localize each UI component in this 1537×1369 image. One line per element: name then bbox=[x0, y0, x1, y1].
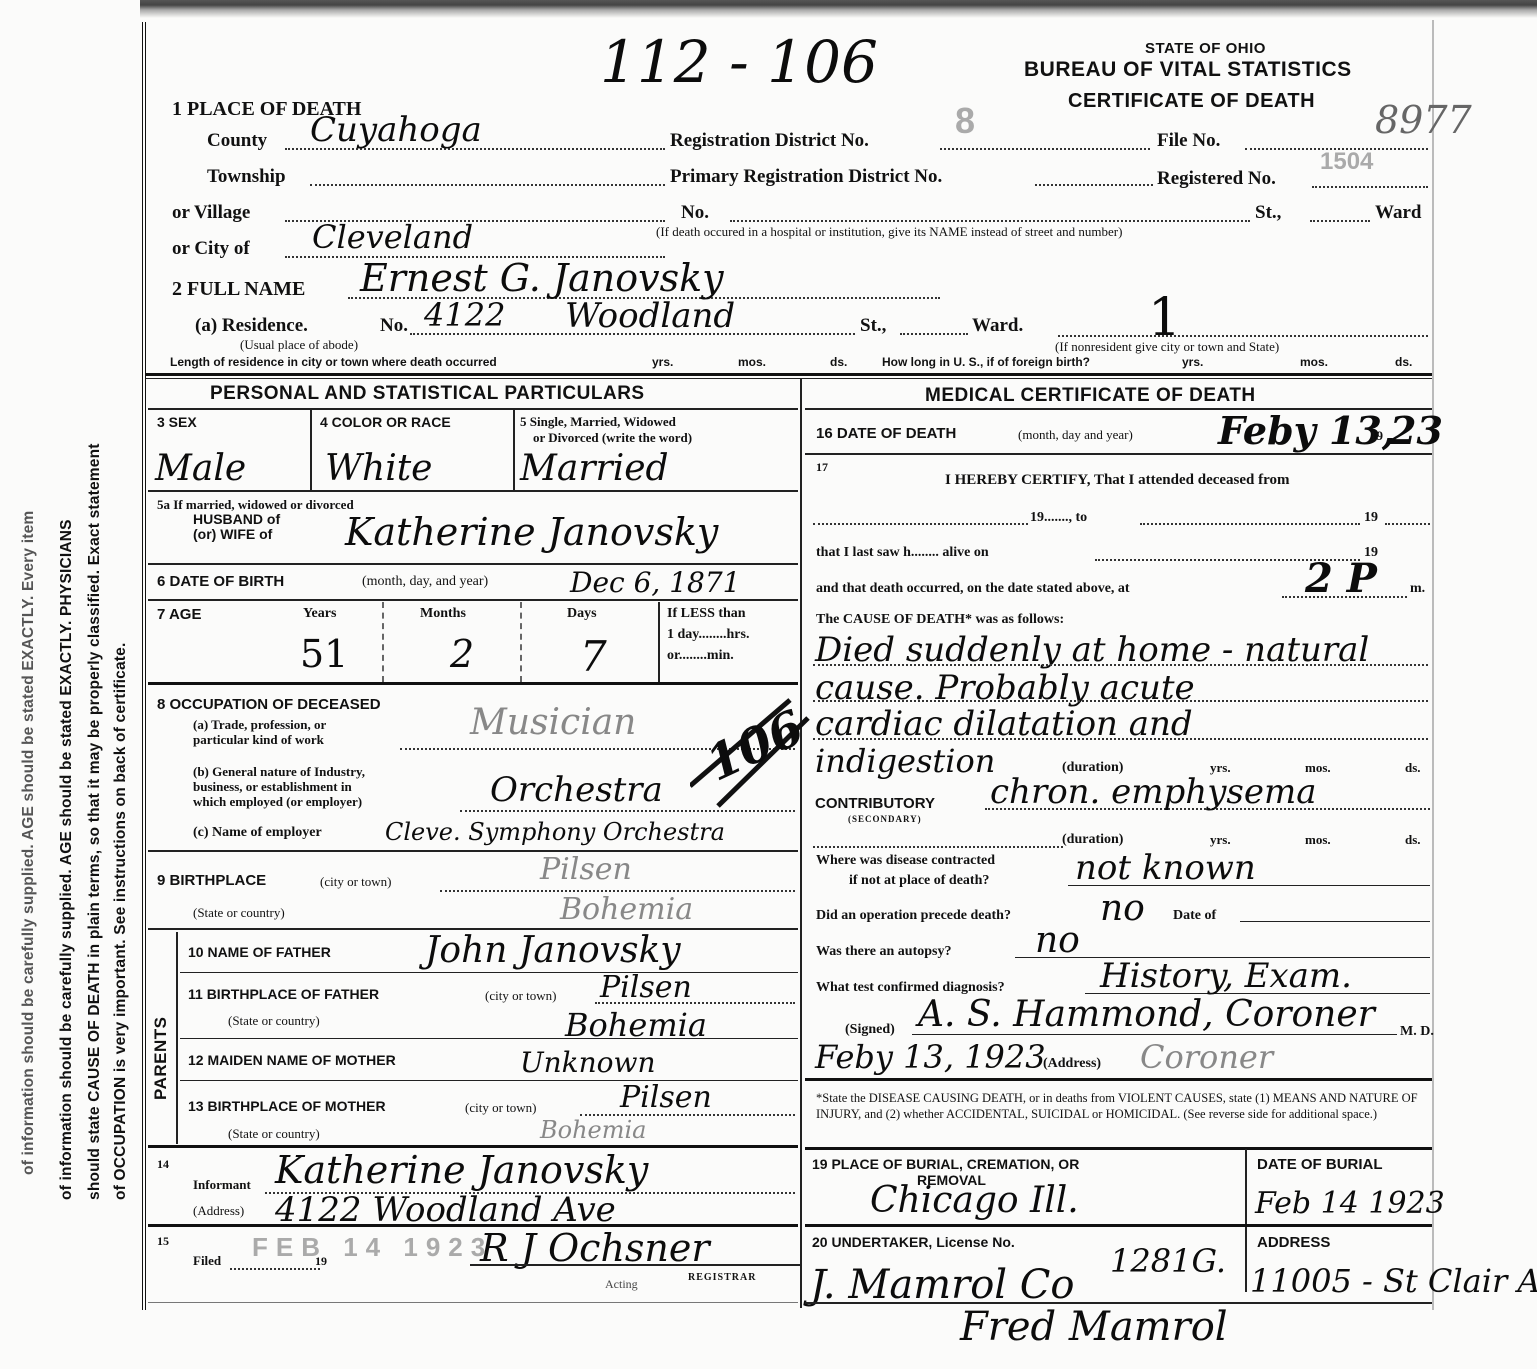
us-yrs: yrs. bbox=[1182, 355, 1203, 369]
spouse-label-3: (or) WIFE of bbox=[193, 526, 272, 542]
burial-date-value: Feb 14 1923 bbox=[1255, 1186, 1445, 1221]
city-label: or City of bbox=[172, 238, 250, 260]
contributory-duration-label: (duration) bbox=[1062, 832, 1123, 848]
divider bbox=[148, 850, 798, 852]
autopsy-value: no bbox=[1035, 920, 1080, 961]
divider bbox=[148, 563, 798, 565]
last-saw-text: that I last saw h........ alive on bbox=[816, 545, 989, 561]
divider bbox=[180, 1038, 798, 1039]
divider bbox=[148, 682, 798, 685]
birthplace-country-value: Bohemia bbox=[560, 892, 693, 927]
age-years-value: 51 bbox=[300, 632, 348, 676]
ward-line bbox=[1310, 220, 1370, 222]
occ-b-label-2: business, or establishment in bbox=[193, 779, 352, 795]
residence-label: (a) Residence. bbox=[195, 315, 308, 337]
township-label: Township bbox=[207, 166, 286, 188]
years-label: Years bbox=[303, 606, 336, 622]
village-label: or Village bbox=[172, 202, 250, 224]
county-value: Cuyahoga bbox=[310, 110, 482, 150]
length-ds: ds. bbox=[830, 355, 847, 369]
race-label: 4 COLOR OR RACE bbox=[320, 414, 451, 430]
informant-no: 14 bbox=[157, 1157, 169, 1172]
bureau-label: BUREAU OF VITAL STATISTICS bbox=[1024, 58, 1352, 82]
mother-birthplace-country-value: Bohemia bbox=[540, 1116, 647, 1144]
marital-value: Married bbox=[520, 448, 669, 489]
cause-rule bbox=[813, 664, 1428, 666]
from-to-text: 19......., to bbox=[1030, 510, 1087, 526]
ward-label: Ward bbox=[1375, 202, 1421, 224]
mother-birthplace-city-value: Pilsen bbox=[620, 1080, 712, 1115]
no-label: No. bbox=[681, 202, 709, 224]
license-no-value: 1281G. bbox=[1110, 1242, 1226, 1280]
to-year: 19 bbox=[1364, 510, 1378, 526]
file-no-value: 8977 bbox=[1375, 98, 1472, 142]
divider bbox=[148, 1302, 798, 1303]
registrar-subnote: Acting bbox=[605, 1277, 638, 1292]
file-annotation: 112 - 106 bbox=[600, 28, 878, 96]
operation-label: Did an operation precede death? bbox=[816, 908, 1011, 924]
marital-label-2: or Divorced (write the word) bbox=[533, 430, 692, 446]
st-label: St., bbox=[1255, 202, 1281, 224]
birthplace-hint: (city or town) bbox=[320, 874, 391, 890]
contributory-yrs: yrs. bbox=[1210, 832, 1231, 848]
residence-st-label: St., bbox=[860, 315, 886, 337]
less-than-3: or........min. bbox=[667, 648, 734, 664]
side-instructions: of information should be carefully suppl… bbox=[0, 20, 135, 1250]
parents-label: PARENTS bbox=[151, 1017, 171, 1100]
informant-label: Informant bbox=[193, 1177, 251, 1193]
residence-ward-label: Ward. bbox=[972, 315, 1023, 337]
occupation-c-value: Cleve. Symphony Orchestra bbox=[385, 818, 725, 846]
time-value: 2 P bbox=[1305, 555, 1377, 602]
undertaker-address-label: ADDRESS bbox=[1257, 1234, 1330, 1251]
undertaker-signature: Fred Mamrol bbox=[960, 1304, 1228, 1350]
contracted-label-1: Where was disease contracted bbox=[816, 853, 995, 869]
mother-birthplace-label: 13 BIRTHPLACE OF MOTHER bbox=[188, 1098, 386, 1114]
divider bbox=[805, 1147, 1432, 1150]
filed-line bbox=[230, 1268, 320, 1270]
informant-value: Katherine Janovsky bbox=[275, 1148, 648, 1192]
reg-district-line bbox=[940, 148, 1150, 150]
registered-no-stamp: 1504 bbox=[1320, 148, 1373, 176]
cause-label: The CAUSE OF DEATH* was as follows: bbox=[816, 612, 1064, 628]
mother-label: 12 MAIDEN NAME OF MOTHER bbox=[188, 1052, 396, 1068]
days-label: Days bbox=[567, 606, 597, 622]
primary-reg-label: Primary Registration District No. bbox=[670, 166, 942, 188]
dod-label: 16 DATE OF DEATH bbox=[816, 425, 956, 442]
occupation-label: 8 OCCUPATION OF DECEASED bbox=[157, 696, 381, 713]
father-value: John Janovsky bbox=[425, 930, 681, 971]
less-than-2: 1 day........hrs. bbox=[667, 627, 749, 643]
race-value: White bbox=[325, 448, 432, 489]
death-occurred-text: and that death occurred, on the date sta… bbox=[816, 581, 1130, 597]
personal-section-title: PERSONAL AND STATISTICAL PARTICULARS bbox=[210, 383, 645, 405]
full-name-label: 2 FULL NAME bbox=[172, 278, 305, 301]
contracted-label-2: if not at place of death? bbox=[849, 873, 989, 889]
father-label: 10 NAME OF FATHER bbox=[188, 944, 331, 960]
operation-value: no bbox=[1100, 888, 1145, 929]
county-label: County bbox=[207, 130, 267, 152]
father-state-country-label: (State or country) bbox=[228, 1013, 320, 1029]
side-instruction-line: should state CAUSE OF DEATH in plain ter… bbox=[86, 443, 104, 1200]
test-value: History, Exam. bbox=[1100, 956, 1352, 996]
side-instruction-line: of information should be carefully suppl… bbox=[58, 519, 76, 1200]
burial-date-label: DATE OF BURIAL bbox=[1257, 1156, 1383, 1173]
cell-divider bbox=[513, 410, 515, 490]
cell-divider bbox=[382, 602, 384, 682]
attended-to-line bbox=[1140, 523, 1360, 525]
residence-no-value: 4122 bbox=[424, 296, 505, 334]
file-no-line bbox=[1245, 148, 1428, 150]
father-birthplace-label: 11 BIRTHPLACE OF FATHER bbox=[188, 986, 379, 1002]
nonresident-note: (If nonresident give city or town and St… bbox=[1055, 339, 1279, 355]
dod-month-day-value: Feby 13, bbox=[1218, 408, 1395, 453]
cause-rule bbox=[813, 738, 1428, 740]
contributory-value: chron. emphysema bbox=[990, 772, 1317, 812]
burial-divider bbox=[1245, 1149, 1247, 1292]
scan-edge bbox=[140, 0, 1537, 18]
full-name-value: Ernest G. Janovsky bbox=[360, 256, 724, 300]
length-mos: mos. bbox=[738, 355, 766, 369]
divider bbox=[146, 373, 1432, 376]
registrar-line bbox=[470, 1264, 800, 1266]
occupation-b-value: Orchestra bbox=[490, 770, 663, 810]
occ-a-label-1: (a) Trade, profession, or bbox=[193, 717, 326, 733]
residence-ward-line bbox=[900, 333, 968, 335]
mother-state-country-label: (State or country) bbox=[228, 1126, 320, 1142]
side-instruction-line: of information should be carefully suppl… bbox=[20, 511, 38, 1175]
filed-year-prefix: 19 bbox=[315, 1254, 327, 1269]
nonresident-line bbox=[1058, 335, 1428, 337]
marital-label-1: 5 Single, Married, Widowed bbox=[520, 414, 676, 430]
filed-stamp: FEB 14 1923 bbox=[252, 1232, 493, 1263]
right-edge bbox=[1432, 20, 1434, 1310]
file-no-label: File No. bbox=[1157, 130, 1220, 152]
burial-label-1: 19 PLACE OF BURIAL, CREMATION, OR bbox=[812, 1156, 1079, 1172]
birthplace-city-value: Pilsen bbox=[540, 852, 632, 887]
state-country-label: (State or country) bbox=[193, 905, 285, 921]
length-residence-label: Length of residence in city or town wher… bbox=[170, 355, 497, 369]
occ-b-label-3: which employed (or employer) bbox=[193, 794, 362, 810]
occupation-a-value: Musician bbox=[470, 702, 636, 743]
age-label: 7 AGE bbox=[157, 606, 201, 623]
dob-value: Dec 6, 1871 bbox=[570, 566, 740, 599]
footnote: *State the DISEASE CAUSING DEATH, or in … bbox=[816, 1090, 1430, 1122]
filed-no: 15 bbox=[157, 1234, 169, 1249]
less-than-1: If LESS than bbox=[667, 606, 746, 622]
dod-year-prefix: 19 bbox=[1370, 428, 1383, 444]
signed-label: (Signed) bbox=[845, 1022, 895, 1038]
registrar-label: REGISTRAR bbox=[688, 1272, 756, 1283]
mother-city-hint: (city or town) bbox=[465, 1100, 536, 1116]
hospital-note: (If death occured in a hospital or insti… bbox=[656, 224, 1122, 240]
city-value: Cleveland bbox=[312, 218, 473, 256]
signed-value: A. S. Hammond, Coroner bbox=[918, 994, 1375, 1035]
column-divider bbox=[800, 378, 802, 1308]
reg-district-label: Registration District No. bbox=[670, 130, 869, 152]
dob-hint: (month, day, and year) bbox=[362, 574, 488, 590]
certificate-title: CERTIFICATE OF DEATH bbox=[1068, 90, 1315, 113]
signed-date-value: Feby 13, 1923 bbox=[815, 1038, 1046, 1076]
undertaker-label: 20 UNDERTAKER, License No. bbox=[812, 1234, 1015, 1250]
undertaker-address-value: 11005 - St Clair Av bbox=[1250, 1262, 1537, 1300]
residence-street-value: Woodland bbox=[565, 296, 735, 336]
contributory-ds: ds. bbox=[1405, 832, 1421, 848]
dod-year-value: 23 bbox=[1390, 408, 1443, 453]
parents-divider bbox=[176, 932, 178, 1144]
registration-district-stamp: 8 bbox=[955, 100, 975, 142]
contributory-duration-line bbox=[813, 846, 1063, 848]
divider bbox=[805, 1224, 1432, 1227]
dod-hint: (month, day and year) bbox=[1018, 427, 1133, 443]
informant-address-label: (Address) bbox=[193, 1203, 244, 1219]
mother-value: Unknown bbox=[520, 1046, 656, 1079]
us-ds: ds. bbox=[1395, 355, 1412, 369]
to-year-line bbox=[1385, 523, 1430, 525]
side-instruction-line: of OCCUPATION is very important. See ins… bbox=[112, 643, 130, 1201]
age-months-value: 2 bbox=[450, 632, 474, 676]
secondary-label: (SECONDARY) bbox=[848, 814, 922, 824]
divider bbox=[148, 408, 798, 410]
autopsy-label: Was there an autopsy? bbox=[816, 944, 951, 960]
signed-address-value: Coroner bbox=[1140, 1038, 1273, 1076]
divider bbox=[146, 378, 1432, 379]
birthplace-label: 9 BIRTHPLACE bbox=[157, 872, 266, 889]
father-city-hint: (city or town) bbox=[485, 988, 556, 1004]
sex-value: Male bbox=[155, 448, 246, 489]
operation-date-label: Date of bbox=[1173, 908, 1216, 924]
contracted-value: not known bbox=[1075, 848, 1256, 888]
attended-from-line bbox=[813, 523, 1028, 525]
spouse-value: Katherine Janovsky bbox=[345, 510, 718, 554]
cell-divider bbox=[520, 602, 522, 682]
cause-line-2: cause. Probably acute bbox=[815, 668, 1195, 708]
divider bbox=[805, 1078, 1432, 1081]
street-line bbox=[730, 220, 1250, 222]
cause-line-4: indigestion bbox=[815, 742, 995, 780]
occ-b-label-1: (b) General nature of Industry, bbox=[193, 764, 365, 780]
divider bbox=[148, 490, 798, 492]
md-label: M. D. bbox=[1400, 1024, 1434, 1040]
registered-no-label: Registered No. bbox=[1157, 168, 1276, 190]
age-days-value: 7 bbox=[580, 632, 607, 681]
usual-place-note: (Usual place of abode) bbox=[240, 337, 358, 353]
burial-place-value: Chicago Ill. bbox=[870, 1180, 1079, 1221]
occ-a-label-2: particular kind of work bbox=[193, 732, 324, 748]
contributory-mos: mos. bbox=[1305, 832, 1331, 848]
residence-no-label: No. bbox=[380, 315, 408, 337]
primary-reg-line bbox=[1035, 184, 1153, 186]
cell-divider bbox=[658, 602, 660, 682]
how-long-us-label: How long in U. S., if of foreign birth? bbox=[882, 355, 1090, 369]
registered-no-line bbox=[1312, 186, 1428, 188]
divider bbox=[148, 599, 798, 601]
cause-rule bbox=[813, 700, 1428, 702]
death-certificate: of information should be carefully suppl… bbox=[0, 0, 1537, 1369]
sex-label: 3 SEX bbox=[157, 414, 197, 430]
dob-label: 6 DATE OF BIRTH bbox=[157, 573, 284, 590]
medical-section-title: MEDICAL CERTIFICATE OF DEATH bbox=[925, 385, 1256, 407]
occ-c-label: (c) Name of employer bbox=[193, 825, 322, 841]
cell-divider bbox=[310, 410, 312, 490]
duration-ds: ds. bbox=[1405, 760, 1421, 776]
divider bbox=[180, 972, 798, 973]
certify-no: 17 bbox=[816, 460, 828, 475]
spouse-label-2: HUSBAND of bbox=[193, 511, 280, 527]
operation-date-line bbox=[1240, 921, 1430, 922]
filed-label: Filed bbox=[193, 1253, 221, 1269]
us-mos: mos. bbox=[1300, 355, 1328, 369]
state-label: STATE OF OHIO bbox=[1145, 40, 1266, 57]
signed-address-label: (Address) bbox=[1043, 1056, 1101, 1072]
certify-text: I HEREBY CERTIFY, That I attended deceas… bbox=[945, 472, 1290, 489]
length-yrs: yrs. bbox=[652, 355, 673, 369]
father-birthplace-city-value: Pilsen bbox=[600, 970, 692, 1005]
divider bbox=[805, 453, 1432, 455]
occ-b-line bbox=[460, 810, 795, 812]
months-label: Months bbox=[420, 606, 466, 622]
township-line bbox=[310, 184, 665, 186]
m-suffix: m. bbox=[1410, 581, 1425, 597]
contributory-label: CONTRIBUTORY bbox=[815, 795, 935, 812]
